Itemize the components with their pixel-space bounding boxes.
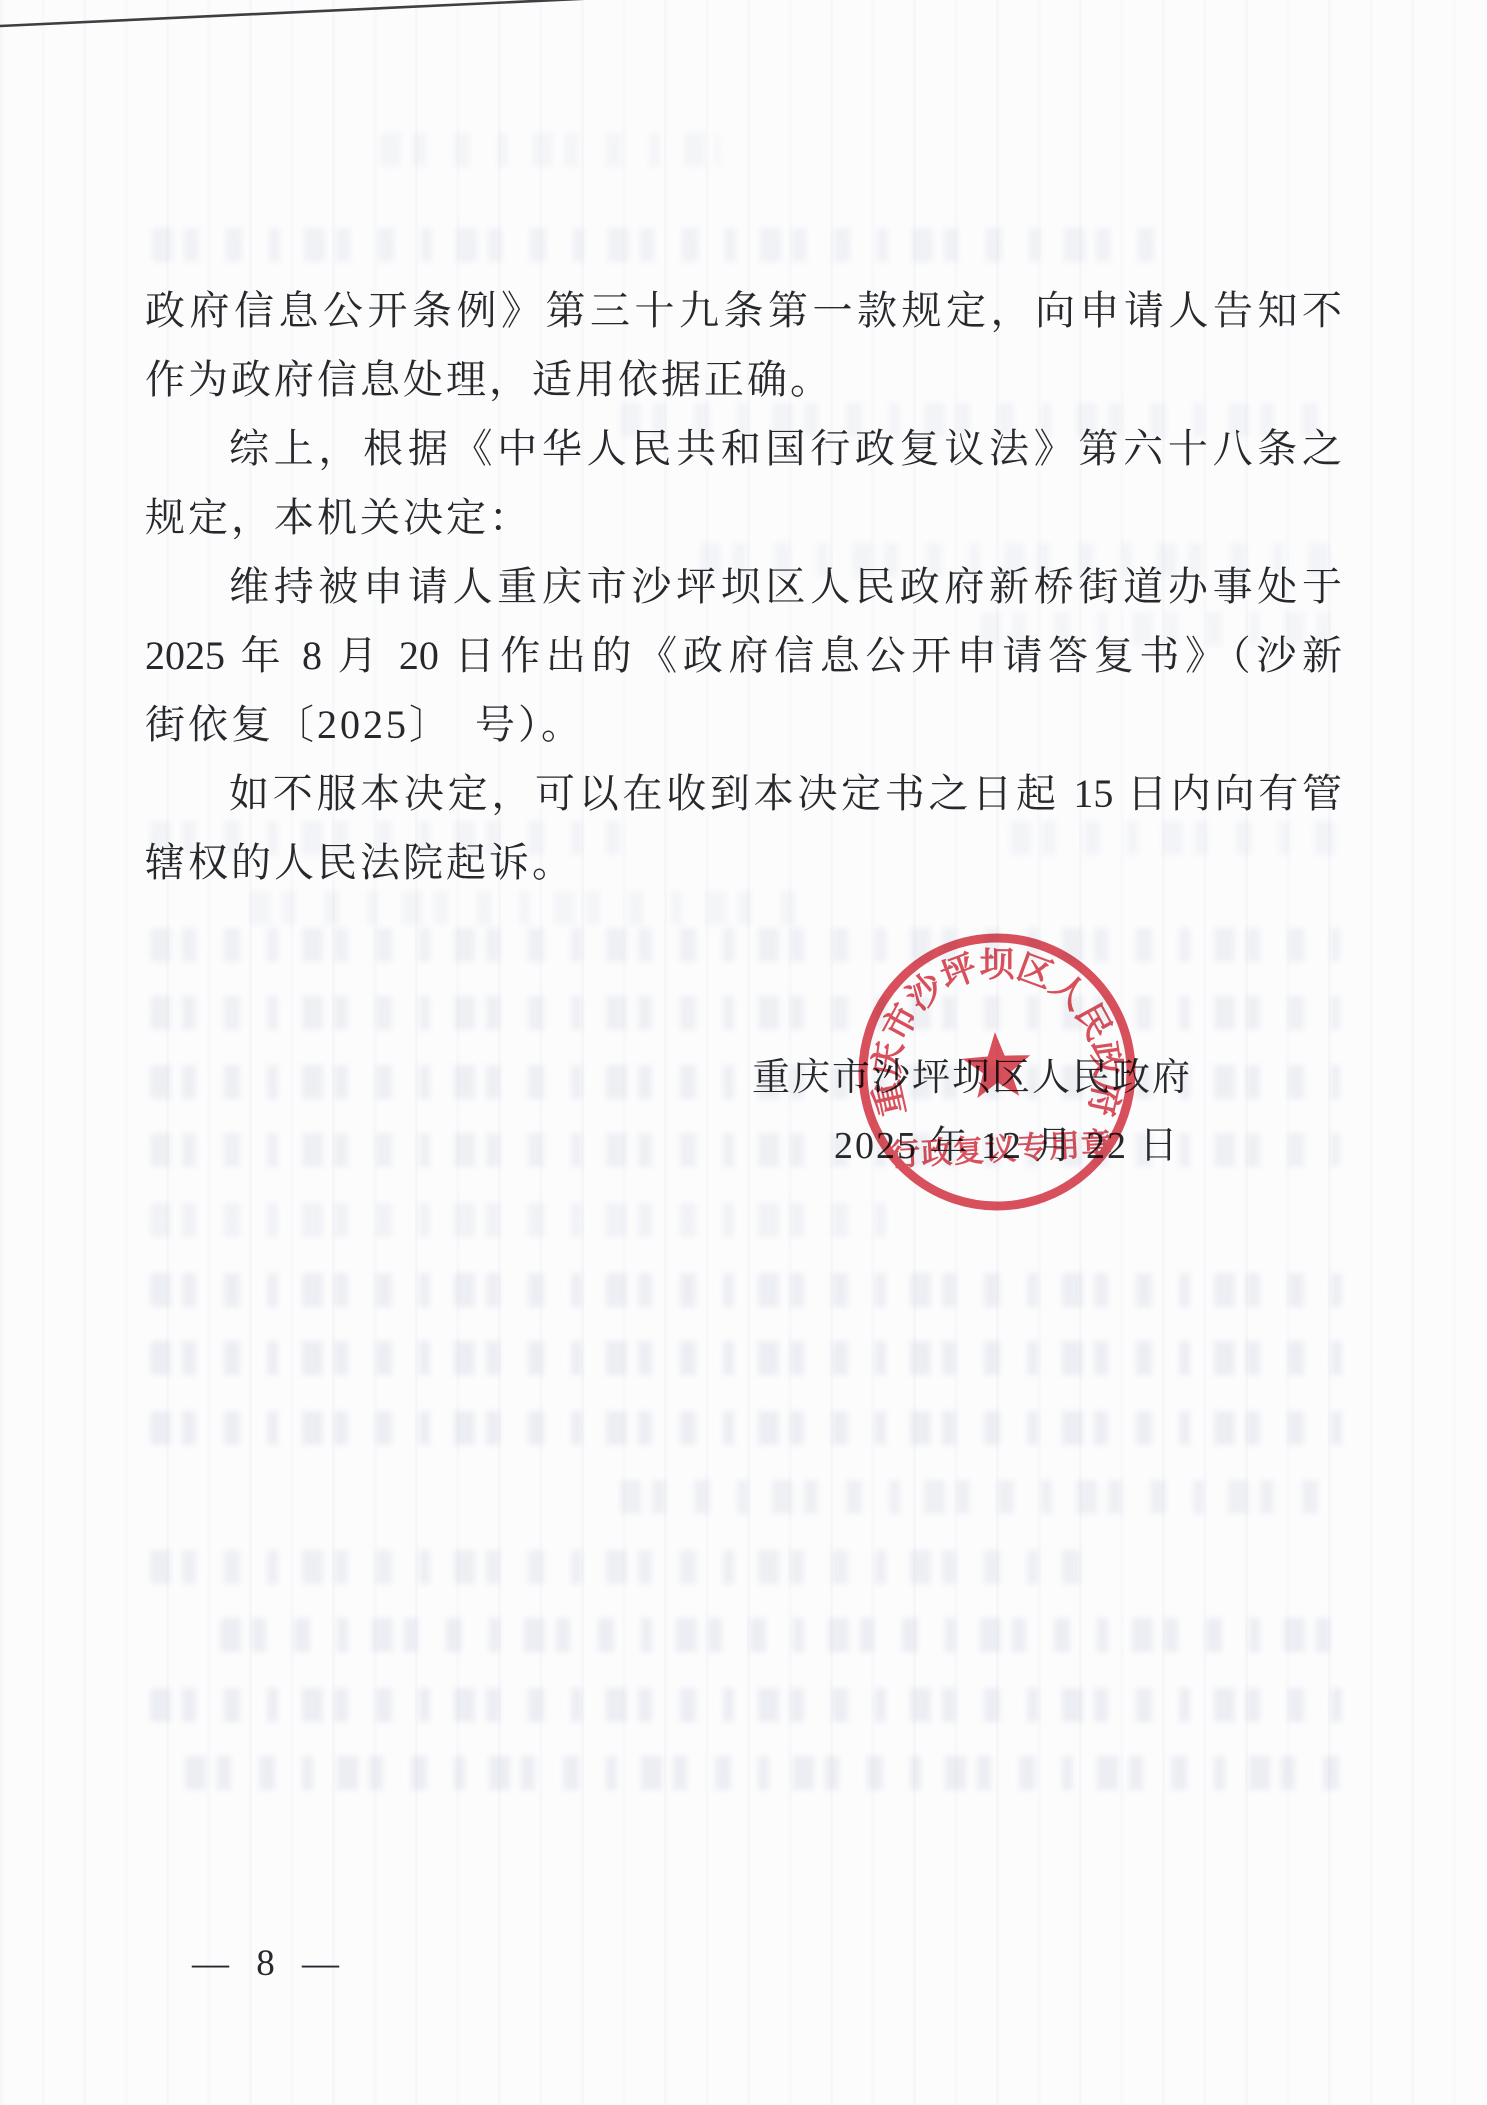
page-number: — 8 — — [192, 1942, 348, 1985]
bleedthrough-row — [150, 1411, 1345, 1445]
document-body: 政府信息公开条例》第三十九条第一款规定，向申请人告知不作为政府信息处理，适用依据… — [145, 276, 1342, 897]
star-icon — [961, 1030, 1032, 1098]
bleedthrough-row — [150, 1688, 1345, 1722]
seal-bottom-text: 行政复议专用章 — [888, 1126, 1114, 1173]
bleedthrough-row — [380, 133, 720, 167]
scan-artifact-line — [0, 0, 640, 36]
bleedthrough-row — [185, 1756, 1345, 1790]
bleedthrough-row — [150, 1203, 890, 1237]
bleedthrough-row — [152, 228, 1172, 262]
bleedthrough-row — [150, 1341, 1345, 1375]
bleedthrough-row — [620, 1480, 1345, 1514]
official-seal: 重庆市沙坪坝区人民政府 行政复议专用章 — [797, 872, 1196, 1271]
bleedthrough-row — [150, 1550, 1080, 1584]
bleedthrough-row — [150, 1273, 1342, 1307]
document-page: 政府信息公开条例》第三十九条第一款规定，向申请人告知不作为政府信息处理，适用依据… — [0, 0, 1487, 2105]
text-line: 综上，根据《中华人民共和国行政复议法》第六十八条之 — [145, 414, 1342, 483]
text-line: 作为政府信息处理，适用依据正确。 — [145, 345, 1342, 414]
text-line: 2025 年 8 月 20 日作出的《政府信息公开申请答复书》（沙新 — [145, 621, 1342, 690]
text-line: 政府信息公开条例》第三十九条第一款规定，向申请人告知不 — [145, 276, 1342, 345]
bleedthrough-row — [220, 1618, 1345, 1652]
text-line: 如不服本决定，可以在收到本决定书之日起 15 日内向有管 — [145, 759, 1342, 828]
text-line: 规定，本机关决定： — [145, 483, 1342, 552]
text-line: 街依复〔2025〕 号）。 — [145, 690, 1342, 759]
text-line: 维持被申请人重庆市沙坪坝区人民政府新桥街道办事处于 — [145, 552, 1342, 621]
